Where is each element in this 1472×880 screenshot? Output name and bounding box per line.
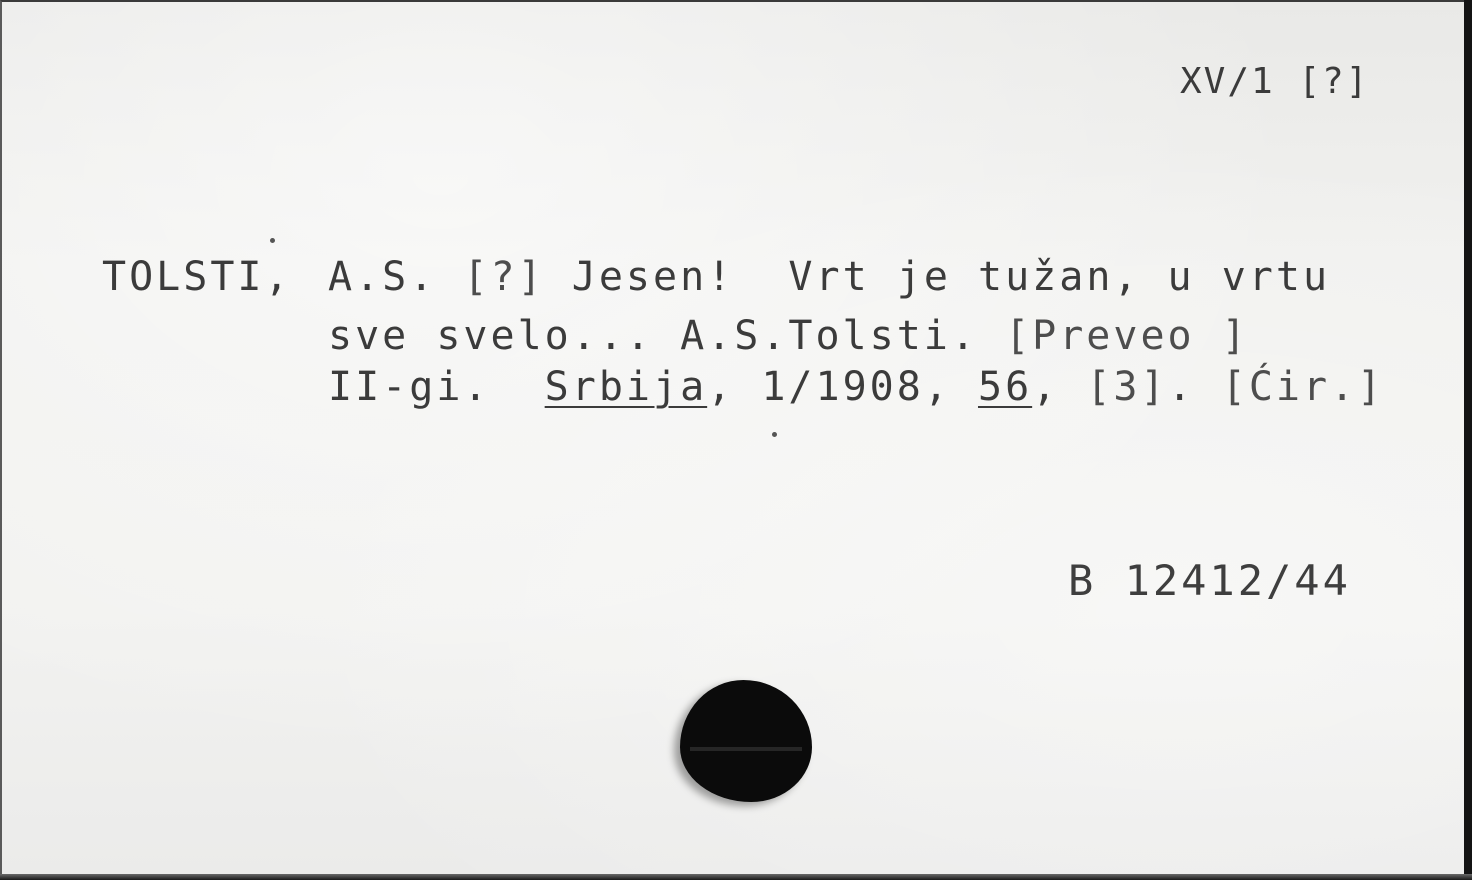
card-edge-right [1464,0,1472,880]
punch-hole-icon [680,680,812,802]
shelf-mark: B 12412/44 [1068,560,1351,602]
ink-speck [772,432,777,437]
editorial-bracket: [Preveo ] [1005,313,1249,359]
entry-heading: TOLSTI, [102,257,292,297]
card-edge-bottom [0,874,1472,880]
entry-text: sve svelo... A.S.Tolsti. [328,313,1005,359]
ink-speck [270,238,275,243]
entry-text: , [1032,364,1086,410]
entry-text: A.S. [328,254,463,300]
entry-line-1: A.S. [?] Jesen! Vrt je tužan, u vrtu [328,257,1330,297]
entry-text: . [1168,364,1222,410]
editorial-bracket: [3] [1086,364,1167,410]
underlined-text: Srbija [545,364,708,410]
card-signature: XV/1 [?] [1180,64,1369,100]
entry-text: , 1/1908, [707,364,978,410]
underlined-text: 56 [978,364,1032,410]
editorial-bracket: [?] [463,254,544,300]
entry-line-3: II-gi. Srbija, 1/1908, 56, [3]. [Ćir.] [328,367,1384,407]
entry-text: Jesen! Vrt je tužan, u vrtu [545,254,1330,300]
entry-text: II-gi. [328,364,545,410]
catalog-card: XV/1 [?] TOLSTI, A.S. [?] Jesen! Vrt je … [0,0,1464,874]
editorial-bracket: [Ćir.] [1222,364,1385,410]
entry-line-2: sve svelo... A.S.Tolsti. [Preveo ] [328,316,1249,356]
